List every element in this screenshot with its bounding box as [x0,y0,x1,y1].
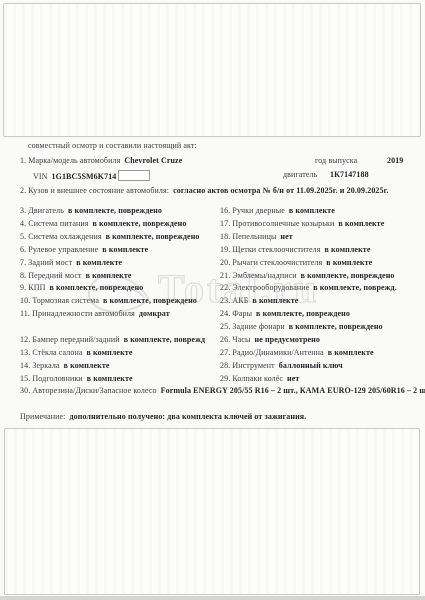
items-column-left: 3. Двигательв комплекте, повреждено 4. С… [20,205,220,386]
item-value: в комплекте [102,245,148,254]
item-value: в комплекте [87,374,133,383]
vin-row: VIN1G1BC5SM6K714 двигатель 1К7147188 [33,170,412,181]
item-value: в комплекте [76,258,122,267]
note-label: Примечание: [20,412,65,421]
year-value: 2019 [387,156,403,165]
item-value: в комплекте, повреждено [68,206,162,215]
make-model-value: Chevrolet Cruze [124,156,182,165]
item-label: 23. АКБ [220,296,248,305]
item-value: в комплекте, поврежд. [313,283,397,292]
item-value: в комплекте, повреждено [103,296,197,305]
list-item: 14. Зеркалав комплекте [20,360,220,373]
note-value: дополнительно получено: два комплекта кл… [69,412,306,421]
list-item: 13. Стёкла салонав комплекте [20,347,220,360]
list-item: 24. Фарыв комплекте, повреждено [220,308,420,321]
item-label: 7. Задний мост [20,258,72,267]
body-condition-value: согласно актов осмотра № б/н от 11.09.20… [173,186,388,195]
item-label: 5. Система охлаждения [20,232,102,241]
list-item: 18. Пепельницынет [220,231,420,244]
engine-value: 1К7147188 [330,170,369,179]
list-item: 25. Задние фонарив комплекте, повреждено [220,321,420,334]
scan-edge [0,596,425,600]
item-value: баллонный ключ [279,361,343,370]
item-label: 11. Принадлежности автомобиля [20,309,135,318]
list-item: 26. Часыне предусмотрено [220,334,420,347]
list-gap [20,321,220,334]
item-label: 13. Стёкла салона [20,348,83,357]
item-label: 16. Ручки дверные [220,206,285,215]
item-value: домкрат [139,309,170,318]
list-item: 4. Система питанияв комплекте, поврежден… [20,218,220,231]
year-label: год выпуска [315,156,357,165]
list-item: 22. Электрооборудованиев комплекте, повр… [220,282,420,295]
items-column-right: 16. Ручки дверныев комплекте 17. Противо… [220,205,420,386]
body-condition-row: 2. Кузов и внешнее состояние автомобиля:… [20,184,408,198]
item-label: 19. Щетки стеклоочистителя [220,245,321,254]
list-item: 5. Система охлажденияв комплекте, повреж… [20,231,220,244]
vin-value: 1G1BC5SM6K714 [52,172,117,181]
item-value: в комплекте [338,219,384,228]
item-label: 22. Электрооборудование [220,283,309,292]
vin-label: VIN [33,172,48,181]
item-label: 25. Задние фонари [220,322,285,331]
item-value: в комплекте [328,348,374,357]
list-item: 27. Радио/Динамики/Антеннав комплекте [220,347,420,360]
list-item: 19. Щетки стеклоочистителяв комплекте [220,244,420,257]
list-item: 28. Инструментбаллонный ключ [220,360,420,373]
note-row: Примечание:дополнительно получено: два к… [20,412,412,421]
item-label: 12. Бампер передний/задний [20,335,120,344]
body-condition-label: 2. Кузов и внешнее состояние автомобиля: [20,186,169,195]
item-value: в комплекте, повреждено [289,322,383,331]
item-value: нет [287,374,299,383]
list-item: 3. Двигательв комплекте, повреждено [20,205,220,218]
make-model-label: 1. Марка/модель автомобиля [20,156,120,165]
item-label: 8. Передний мост [20,271,82,280]
item-value: в комплекте [86,271,132,280]
list-item: 21. Эмблемы/надписив комплекте, поврежде… [220,270,420,283]
list-item: 7. Задний моств комплекте [20,257,220,270]
item-value: нет [280,232,292,241]
list-item: 23. АКБв комплекте [220,295,420,308]
list-item: 20. Рычаги стеклоочистителяв комплекте [220,257,420,270]
item-value: в комплекте, повреждено [106,232,200,241]
item-label: 29. Колпаки колёс [220,374,283,383]
list-item: 10. Тормозная системав комплекте, повреж… [20,295,220,308]
item-value: в комплекте, повреждено [301,271,395,280]
item-label: 28. Инструмент [220,361,275,370]
item-value: в комплекте [252,296,298,305]
item-label: 18. Пепельницы [220,232,276,241]
item-label: 24. Фары [220,309,252,318]
list-item: 12. Бампер передний/заднийв комплекте, п… [20,334,220,347]
item-label: 6. Рулевое управление [20,245,98,254]
make-model-row: 1. Марка/модель автомобиляChevrolet Cruz… [20,156,412,165]
list-item: 11. Принадлежности автомобилядомкрат [20,308,220,321]
item-label: 3. Двигатель [20,206,64,215]
item-label: 27. Радио/Динамики/Антенна [220,348,324,357]
item-value: в комплекте [64,361,110,370]
engine-label: двигатель [283,170,317,179]
item-value: в комплекте [289,206,335,215]
item-label: 26. Часы [220,335,250,344]
item-label: 10. Тормозная система [20,296,99,305]
scanned-document-page: совместный осмотр и составили настоящий … [0,0,425,596]
item-value: в комплекте [325,245,371,254]
item-label: 20. Рычаги стеклоочистителя [220,258,322,267]
item-value: в комплекте [326,258,372,267]
list-item: 16. Ручки дверныев комплекте [220,205,420,218]
list-item: 8. Передний моств комплекте [20,270,220,283]
item-label: 17. Противосолнечные козырьки [220,219,334,228]
tires-wheels-label: 30. Авторезина/Диски/Запасное колесо [20,386,157,395]
item-label: 14. Зеркала [20,361,60,370]
vin-redaction-box [118,170,150,181]
item-value: в комплекте [87,348,133,357]
tires-wheels-row: 30. Авторезина/Диски/Запасное колесоForm… [20,384,412,398]
item-value: в комплекте, поврежд [124,335,205,344]
list-item: 9. КППв комплекте, повреждено [20,282,220,295]
item-label: 4. Система питания [20,219,89,228]
tires-wheels-value: Formula ENERGY 205/55 R16 – 2 шт., КАМА … [161,386,425,395]
item-value: в комплекте, повреждено [50,283,144,292]
item-value: не предусмотрено [254,335,320,344]
blank-photo-area-top [3,3,421,137]
blank-photo-area-bottom [4,428,420,595]
list-item: 17. Противосолнечные козырькив комплекте [220,218,420,231]
item-label: 21. Эмблемы/надписи [220,271,297,280]
item-value: в комплекте, повреждено [93,219,187,228]
item-label: 15. Подголовники [20,374,83,383]
intro-line: совместный осмотр и составили настоящий … [28,141,197,150]
item-label: 9. КПП [20,283,46,292]
item-value: в комплекте, повреждено [256,309,350,318]
list-item: 6. Рулевое управлениев комплекте [20,244,220,257]
